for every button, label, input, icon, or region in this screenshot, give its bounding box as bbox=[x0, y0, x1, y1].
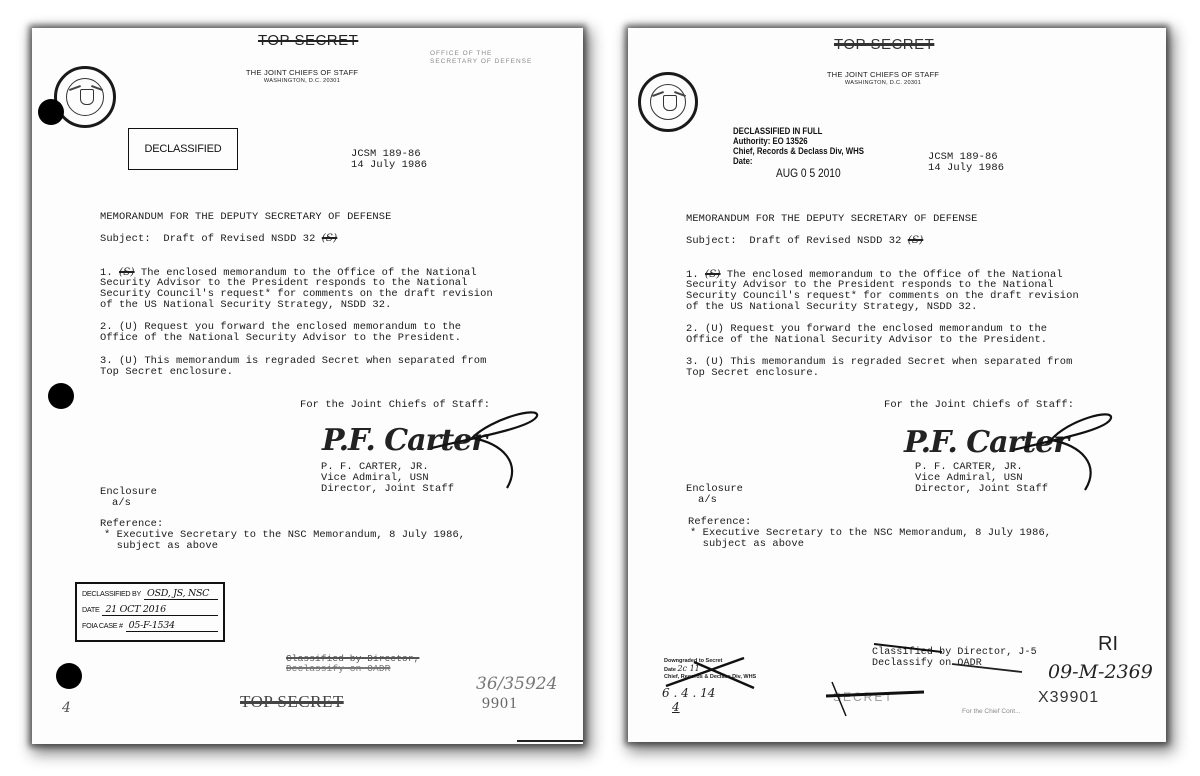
reference-line: subject as above bbox=[104, 541, 218, 552]
dod-seal-icon bbox=[638, 72, 698, 132]
org-address: WASHINGTON, D.C. 20301 bbox=[808, 80, 958, 86]
memo-number: JCSM 189-86 bbox=[351, 149, 421, 160]
paragraph-3: 3. (U) This memorandum is regraded Secre… bbox=[686, 357, 1072, 368]
subject-classification-marking: (S) bbox=[908, 234, 924, 246]
control-number: X39901 bbox=[1038, 689, 1099, 707]
reference-label: Reference: bbox=[688, 517, 751, 528]
org-name: THE JOINT CHIEFS OF STAFF bbox=[227, 68, 377, 77]
classification-header: TOP SECRET bbox=[258, 32, 358, 49]
signature-for-line: For the Joint Chiefs of Staff: bbox=[884, 400, 1074, 411]
memo-number: JCSM 189-86 bbox=[928, 152, 998, 163]
paragraph-2-line: Office of the National Security Advisor … bbox=[686, 335, 1047, 346]
enclosure-label: Enclosure bbox=[686, 484, 743, 495]
org-name: THE JOINT CHIEFS OF STAFF bbox=[808, 70, 958, 79]
classification-footer: TOP SECRET bbox=[240, 692, 344, 712]
handwritten-case-number: 09-M-2369 bbox=[1048, 661, 1153, 683]
reference-label: Reference: bbox=[100, 519, 163, 530]
strike-lines bbox=[872, 642, 1032, 682]
handwritten-mark: 4 bbox=[672, 700, 680, 714]
handwritten-number: 36/35924 bbox=[476, 674, 557, 694]
faint-stamp-line2: SECRETARY OF DEFENSE bbox=[430, 58, 532, 65]
document-page-right: TOP SECRET THE JOINT CHIEFS OF STAFF WAS… bbox=[628, 28, 1166, 742]
enclosure-value: a/s bbox=[698, 495, 717, 506]
paragraph-1-line: Security Council's request* for comments… bbox=[100, 289, 493, 300]
signer-title: Director, Joint Staff bbox=[915, 484, 1048, 495]
paragraph-1-line: Security Advisor to the President respon… bbox=[100, 278, 467, 289]
paragraph-3: 3. (U) This memorandum is regraded Secre… bbox=[100, 356, 486, 367]
declassified-box: DECLASSIFIED bbox=[128, 128, 238, 170]
paragraph-3-line: Top Secret enclosure. bbox=[100, 367, 233, 378]
hole-punch bbox=[38, 99, 64, 125]
handwritten-ri: RI bbox=[1098, 633, 1118, 656]
paragraph-2: 2. (U) Request you forward the enclosed … bbox=[686, 324, 1047, 335]
declassified-date-value: 21 OCT 2016 bbox=[102, 604, 218, 616]
handwritten-number: 9901 bbox=[482, 695, 518, 713]
memo-addressee: MEMORANDUM FOR THE DEPUTY SECRETARY OF D… bbox=[686, 214, 977, 225]
faint-stamp-line1: OFFICE OF THE bbox=[430, 50, 492, 57]
paragraph-2-line: Office of the National Security Advisor … bbox=[100, 333, 461, 344]
memo-subject: Subject: Draft of Revised NSDD 32 (S) bbox=[686, 235, 923, 247]
signer-title: Director, Joint Staff bbox=[321, 484, 454, 495]
enclosure-label: Enclosure bbox=[100, 487, 157, 498]
reference-line: * Executive Secretary to the NSC Memoran… bbox=[690, 528, 1051, 539]
faint-footer-text: For the Chief Cont... bbox=[962, 708, 1021, 715]
org-address: WASHINGTON, D.C. 20301 bbox=[227, 78, 377, 84]
declassified-by-value: OSD, JS, NSC bbox=[144, 588, 218, 600]
memo-subject: Subject: Draft of Revised NSDD 32 (S) bbox=[100, 233, 337, 245]
memo-date: 14 July 1986 bbox=[928, 163, 1004, 174]
signer-rank: Vice Admiral, USN bbox=[915, 473, 1023, 484]
hole-punch bbox=[48, 383, 74, 409]
dod-seal-icon bbox=[54, 66, 116, 128]
paragraph-1-line: of the US National Security Strategy, NS… bbox=[686, 302, 977, 313]
signer-name: P. F. CARTER, JR. bbox=[321, 462, 429, 473]
declassify-on-struck: Declassify on OADR bbox=[286, 664, 390, 675]
reference-line: * Executive Secretary to the NSC Memoran… bbox=[104, 530, 465, 541]
paragraph-1-line: Security Council's request* for comments… bbox=[686, 291, 1079, 302]
page-mark: 4 bbox=[62, 700, 71, 716]
memo-date: 14 July 1986 bbox=[351, 160, 427, 171]
subject-classification-marking: (S) bbox=[322, 232, 338, 244]
handwritten-mark: 6 . 4 . 14 bbox=[662, 686, 715, 700]
classification-header-struck: TOP SECRET bbox=[834, 36, 934, 53]
paragraph-1-line: of the US National Security Strategy, NS… bbox=[100, 300, 391, 311]
foia-case-value: 05-F-1534 bbox=[126, 620, 218, 632]
memo-addressee: MEMORANDUM FOR THE DEPUTY SECRETARY OF D… bbox=[100, 212, 391, 223]
foia-declassification-stamp: DECLASSIFIED BYOSD, JS, NSC DATE21 OCT 2… bbox=[75, 582, 225, 642]
document-page-left: TOP SECRET THE JOINT CHIEFS OF STAFF WAS… bbox=[32, 28, 583, 744]
enclosure-value: a/s bbox=[112, 498, 131, 509]
declassified-date: AUG 0 5 2010 bbox=[776, 166, 841, 180]
paragraph-3-line: Top Secret enclosure. bbox=[686, 368, 819, 379]
paragraph-1-line: Security Advisor to the President respon… bbox=[686, 280, 1053, 291]
hole-punch bbox=[56, 663, 82, 689]
signer-rank: Vice Admiral, USN bbox=[321, 473, 429, 484]
reference-line: subject as above bbox=[690, 539, 804, 550]
bottom-edge-mark bbox=[517, 740, 583, 742]
paragraph-2: 2. (U) Request you forward the enclosed … bbox=[100, 322, 461, 333]
declassified-in-full-stamp: DECLASSIFIED IN FULLAuthority: EO 13526C… bbox=[733, 126, 864, 166]
strike-lines bbox=[824, 680, 934, 720]
signer-name: P. F. CARTER, JR. bbox=[915, 462, 1023, 473]
